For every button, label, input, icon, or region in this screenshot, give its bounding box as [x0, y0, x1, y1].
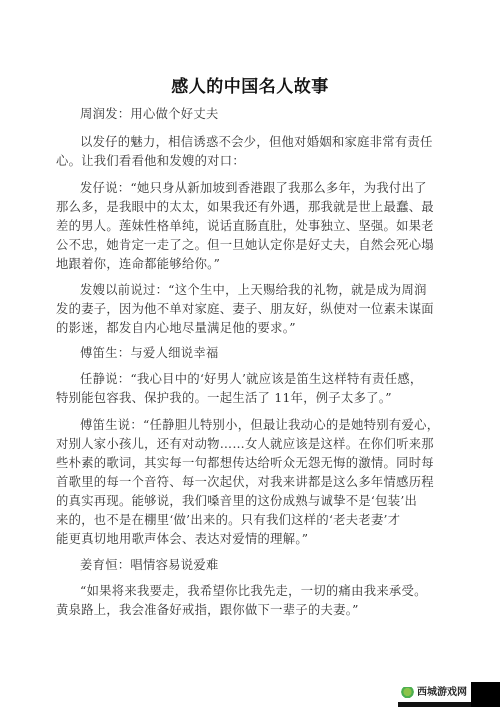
paragraph-line: 特别能包容我、保护我的。一起生活了 11年，例子太多了。”	[56, 391, 392, 406]
paragraph-line: 些朴素的歌词，其实每一句都想传达给听众无怨无悔的激情。同时每	[56, 456, 434, 471]
corner-black-block	[471, 682, 500, 707]
paragraph-line: 发的妻子，因为他不单对家庭、妻子、朋友好，纵使对一位素未谋面	[56, 302, 434, 317]
paragraph-line: 对别人家小孩儿，还有对动物……女人就应该是这样。在你们听来那	[56, 437, 434, 452]
paragraph-line: 那么多，是我眼中的太太，如果我还有外遇，那我就是世上最蠢、最	[56, 200, 434, 215]
site-watermark: 西城游戏网	[398, 678, 472, 707]
paragraph-line: 能更真切地用歌声体会、表达对爱情的理解。”	[56, 532, 308, 547]
section-heading: 姜育恒：唱情容易说爱难	[80, 558, 219, 573]
paragraph-line: 任静说：“我心目中的‘好男人’就应该是笛生这样特有责任感，	[80, 372, 423, 387]
paragraph-line: 以发仔的魅力，相信诱惑不会少，但他对婚姻和家庭非常有责任	[80, 135, 433, 150]
paragraph-line: 的真实再现。能够说，我们嗓音里的这份成熟与诚挚不是‘包装’出	[56, 494, 417, 509]
document-title: 感人的中国名人故事	[0, 72, 500, 97]
site-logo-icon	[401, 687, 414, 698]
paragraph-line: 发嫂以前说过：“这个生中，上天赐给我的礼物，就是成为周润	[80, 283, 427, 298]
paragraph-line: 发仔说：“她只身从新加坡到香港跟了我那么多年，为我付出了	[80, 181, 427, 196]
paragraph-line: 黄泉路上，我会准备好戒指，跟你做下一辈子的夫妻。”	[56, 603, 359, 618]
watermark-subtitle-bar	[398, 702, 472, 707]
watermark-text: 西城游戏网	[417, 687, 467, 698]
paragraph-line: 地跟着你，连命都能够给你。”	[56, 257, 220, 272]
paragraph-line: “如果将来我要走，我希望你比我先走，一切的痛由我来承受。	[80, 584, 427, 599]
paragraph-line: 傅笛生说：“任静胆儿特别小，但最让我动心的是她特别有爱心，	[80, 418, 439, 433]
paragraph-line: 首歌里的每一个音符、每一次起伏，对我来讲都是这么多年情感历程	[56, 475, 434, 490]
document-page: 感人的中国名人故事 周润发：用心做个好丈夫以发仔的魅力，相信诱惑不会少，但他对婚…	[0, 0, 500, 707]
section-heading: 傅笛生：与爱人细说幸福	[80, 346, 219, 361]
paragraph-line: 来的，也不是在棚里‘做’出来的。只有我们这样的‘老夫老妻’才	[56, 513, 400, 528]
paragraph-line: 公不忠，她肯定一走了之。但一旦她认定你是好丈夫，自然会死心塌	[56, 238, 434, 253]
section-heading: 周润发：用心做个好丈夫	[80, 107, 219, 122]
paragraph-line: 差的男人。莲妹性格单纯，说话直肠直肚，处事独立、坚强。如果老	[56, 219, 434, 234]
paragraph-line: 心。让我们看看他和发嫂的对口：	[56, 154, 245, 169]
paragraph-line: 的影迷，都发自内心地尽量满足他的要求。”	[56, 321, 296, 336]
